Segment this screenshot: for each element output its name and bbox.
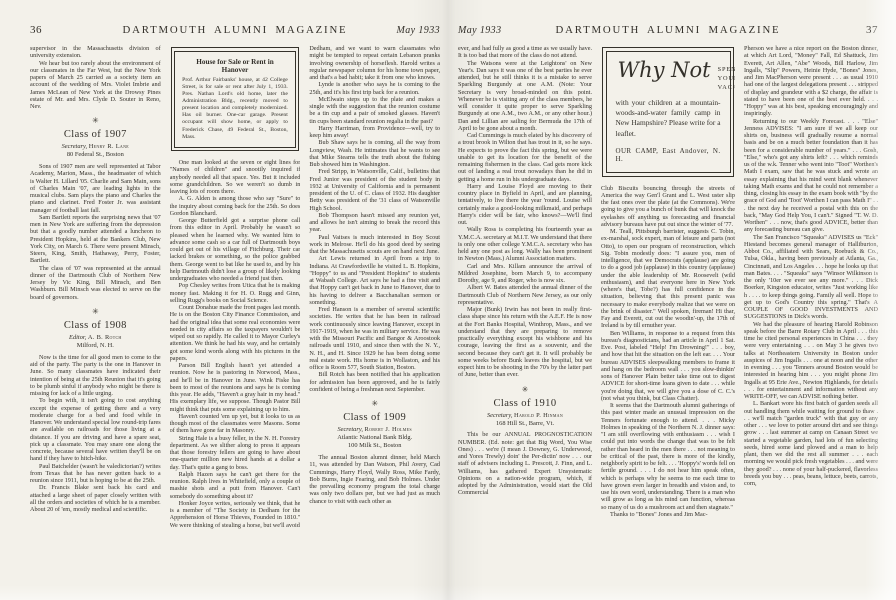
paragraph: It seems that the Dartmouth alumni gathe… [601,402,735,511]
paragraph: L. Bankart wore his first batch of garde… [744,400,878,487]
text-column: Pherson we have a nice report on the Bos… [744,45,878,597]
paragraph: The class of '07 was represented at the … [30,265,161,301]
paragraph: One man looked at the seven or eight lin… [170,159,301,195]
paragraph: Sons of 1907 men are well represented at… [30,163,161,214]
section-ornament-icon: ✳ [30,117,161,125]
right-page-columns: ever, and had fully as good a time as we… [458,45,878,597]
paragraph: Carl and Mrs. Killam announce the arriva… [458,263,592,285]
paragraph: Major (Bunk) Irwin has not been in reall… [458,306,592,379]
paragraph: A. G. Alden is among those who say "Sure… [170,195,301,217]
paragraph: Fred Stripp, in Watsonville, Calif., bul… [309,168,440,212]
byline-line: Secretary, Henry R. Lane [30,143,161,151]
magazine-title: DARTMOUTH ALUMNI MAGAZINE [90,24,380,36]
why-not-vacation-ad: Why Not SPEND YOURVACATION with your chi… [602,47,734,177]
class-byline: Secretary, Robert J. HolmesAtlantic Nati… [309,426,440,451]
class-byline: Editor, A. B. RotchMilford, N. H. [30,334,161,350]
paragraph: Albert W. Bates attended the annual dinn… [458,284,592,306]
paragraph: Thanks to "Bones" Jones and Jim Mac- [601,511,735,518]
class-byline: Secretary, Harold P. Hinman168 Hill St.,… [458,412,592,428]
house-for-sale-ad: House for Sale or Rent in Hanover Prof. … [171,47,300,151]
paragraph: To begin with, it isn't going to cost an… [30,397,161,462]
byline-line: Secretary, Harold P. Hinman [458,412,592,420]
paragraph: Dr. Francis Blake sent back his card and… [30,484,161,513]
paragraph: Returning to our Weekly Forecast. . . . … [744,118,878,234]
issue-date: May 1933 [380,25,440,36]
byline-line: Secretary, Robert J. Holmes [309,426,440,434]
page-number: 36 [30,24,90,36]
paragraph: supervisor in the Massachusetts division… [30,45,161,60]
paragraph: Haven't counted 'em up yet, but it looks… [170,413,301,435]
paragraph: We had the pleasure of hearing Harold Ro… [744,321,878,401]
paragraph: The annual Boston alumni dinner, held Ma… [309,454,440,505]
magazine-spread: 36 DARTMOUTH ALUMNI MAGAZINE May 1933 su… [0,0,896,600]
paragraph: Ben Williams, in response to a request f… [601,330,735,403]
paragraph: Ralph Hazen says he can't get there for … [170,471,301,500]
section-ornament-icon: ✳ [458,386,592,394]
why-not-tagline: SPEND YOURVACATION [718,61,735,92]
right-page: May 1933 DARTMOUTH ALUMNI MAGAZINE 37 ev… [448,0,896,600]
class-byline: Secretary, Henry R. Lane80 Federal St., … [30,143,161,159]
byline-line: Atlantic National Bank Bldg. [309,434,440,442]
paragraph: Harry and Louise Floyd are moving to the… [458,183,592,227]
why-not-body: with your children at a mountain-woods-a… [616,98,721,139]
byline-line: 168 Hill St., Barre, Vt. [458,420,592,428]
paragraph: Honker Joyce writes, seriously we think,… [170,500,301,529]
paragraph: Sam Bartlett reports the surprising news… [30,214,161,265]
left-page: 36 DARTMOUTH ALUMNI MAGAZINE May 1933 su… [0,0,448,600]
text-column: supervisor in the Massachusetts division… [30,45,161,597]
page-number: 37 [818,24,878,36]
house-ad-inner-border: House for Sale or Rent in Hanover Prof. … [174,51,296,148]
paragraph: Now is the time for all good men to come… [30,354,161,398]
left-page-columns: supervisor in the Massachusetts division… [30,45,440,597]
paragraph: This be our ANNUAL PROGNOSTICATION NUMBE… [458,431,592,496]
paragraph: McElwain steps up to the plate and makes… [309,96,440,125]
paragraph: Paul Vaitses is much interested in Boy S… [309,234,440,256]
paragraph: Fred Hanson is a member of several scien… [309,306,440,371]
class-heading: Class of 1907 [30,129,161,141]
section-ornament-icon: ✳ [30,308,161,316]
paragraph: Paul Batchelder (wasn't he valedictorian… [30,463,161,485]
byline-line: Milford, N. H. [30,342,161,350]
right-page-header: May 1933 DARTMOUTH ALUMNI MAGAZINE 37 [458,24,878,36]
text-column: Dedham, and we want to warn classmates w… [309,45,440,597]
class-heading: Class of 1909 [309,412,440,424]
house-ad-title: House for Sale or Rent in Hanover [182,58,288,75]
byline-line: Editor, A. B. Rotch [30,334,161,342]
house-ad-body: Prof. Arthur Fairbanks' house, at 42 Col… [182,77,288,141]
paragraph: The San Francisco "Squeaks" ADVISES us "… [744,234,878,321]
whynot-ad-header: Why Not SPEND YOURVACATION [618,61,721,92]
paragraph: Bub Shaw says he is coming, all the way … [309,139,440,168]
left-page-header: 36 DARTMOUTH ALUMNI MAGAZINE May 1933 [30,24,440,36]
paragraph: ever, and had fully as good a time as we… [458,45,592,60]
paragraph: String Hale is a busy feller, in the N. … [170,435,301,471]
paragraph: Parson Bill English hasn't yet attended … [170,362,301,413]
paragraph: Bill Rotch has been notified that his ap… [309,371,440,393]
paragraph: George Butterfield got a surprise phone … [170,217,301,282]
why-not-logo: Why Not [618,61,711,81]
class-heading: Class of 1910 [458,398,592,410]
text-column: ever, and had fully as good a time as we… [458,45,592,597]
byline-line: 100 Milk St., Boston [309,442,440,450]
paragraph: M. Teall, Pittsburgh barrister, suggests… [601,228,735,330]
paragraph: Lynde is another who says he is coming t… [309,81,440,96]
paragraph: Pherson we have a nice report on the Bos… [744,45,878,118]
paragraph: Cad Cummings is much elated by his disco… [458,132,592,183]
paragraph: The Watsons were at the Leightons' on Ne… [458,60,592,133]
paragraph: Bob Thompson hasn't missed any reunion y… [309,212,440,234]
class-heading: Class of 1908 [30,320,161,332]
whynot-ad-inner-border: Why Not SPEND YOURVACATION with your chi… [606,51,731,174]
paragraph: Wally Ross is completing his fourteenth … [458,226,592,262]
paragraph: Club Biscuits bouncing through the stree… [601,185,735,229]
paragraph: Art Lewis returned in April from a trip … [309,255,440,306]
why-not-signature: OUR CAMP, East Andover, N. H. [616,147,721,163]
paragraph: Dedham, and we want to warn classmates w… [309,45,440,81]
paragraph: Harry Harriman, from Providence—well, tr… [309,125,440,140]
text-column: Why Not SPEND YOURVACATION with your chi… [601,45,735,597]
issue-date: May 1933 [458,25,518,36]
paragraph: Count Donahue made the front pages last … [170,304,301,362]
magazine-title: DARTMOUTH ALUMNI MAGAZINE [518,24,818,36]
text-column: House for Sale or Rent in Hanover Prof. … [170,45,301,597]
paragraph: We hear but too rarely about the environ… [30,60,161,111]
paragraph: Pop Chesley writes from Utica that he is… [170,282,301,304]
byline-line: 80 Federal St., Boston [30,151,161,159]
section-ornament-icon: ✳ [309,400,440,408]
